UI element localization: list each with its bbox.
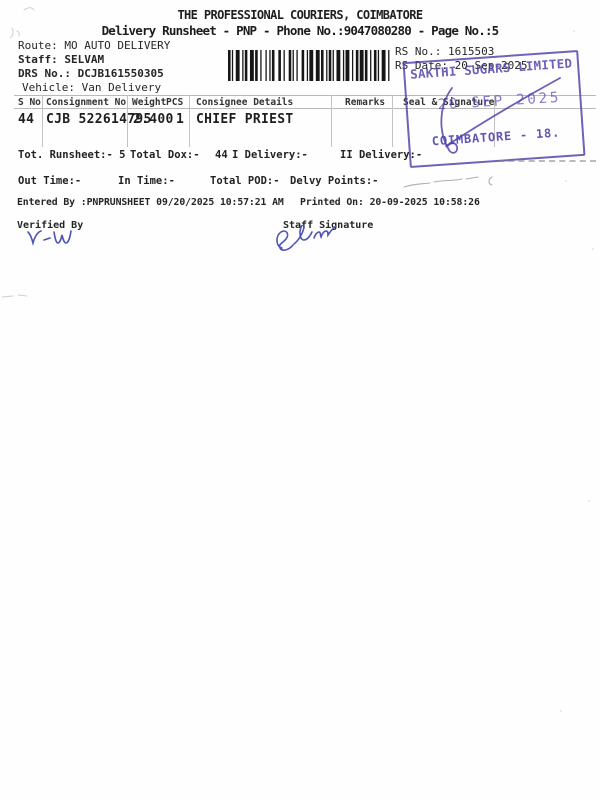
total-pod: Total POD:- xyxy=(210,176,280,188)
table-column-divider xyxy=(189,95,190,147)
scan-speck xyxy=(565,180,567,182)
out-time: Out Time:- xyxy=(18,176,81,188)
cell-weight: 2.400 xyxy=(133,113,174,127)
runsheet-subtitle: Delivery Runsheet - PNP - Phone No.:9047… xyxy=(102,24,499,38)
total-dox-label: Total Dox:- xyxy=(130,150,200,162)
verified-by-label: Verified By xyxy=(17,220,83,231)
col-header-weight: Weight xyxy=(132,98,166,108)
staff-field: Staff: SELVAM xyxy=(18,54,104,66)
barcode xyxy=(228,50,392,81)
scan-speck xyxy=(592,248,594,250)
col-header-consignee: Consignee Details xyxy=(196,98,293,108)
table-column-divider xyxy=(331,95,332,147)
stamp-city: COIMBATORE - 18. xyxy=(410,124,583,150)
company-title: THE PROFESSIONAL COURIERS, COIMBATORE xyxy=(177,9,422,22)
col-header-remarks: Remarks xyxy=(345,98,385,108)
col-header-sno: S No xyxy=(18,98,41,108)
col-header-pcs: PCS xyxy=(166,98,183,108)
table-column-divider xyxy=(42,95,43,147)
delivery-one: I Delivery:- xyxy=(232,150,308,162)
scan-speck xyxy=(588,500,590,502)
staff-signature-label: Staff Signature xyxy=(283,220,373,231)
runsheet-document: THE PROFESSIONAL COURIERS, COIMBATORE De… xyxy=(0,0,600,800)
in-time: In Time:- xyxy=(118,176,175,188)
total-runsheet: Tot. Runsheet:- 5 xyxy=(18,150,125,162)
total-dox-value: 44 xyxy=(215,150,228,162)
verified-signature xyxy=(28,231,71,243)
cell-consignee: CHIEF PRIEST xyxy=(196,113,294,127)
col-header-consignment: Consignment No xyxy=(46,98,126,108)
table-column-divider xyxy=(392,95,393,147)
rubber-stamp: SAKTHI SUGARS LIMITED 20 SEP 2025 COIMBA… xyxy=(403,50,586,168)
stamp-date: 20 SEP 2025 xyxy=(437,90,561,114)
cell-sno: 44 xyxy=(18,113,34,127)
drs-no-field: DRS No.: DCJB161550305 xyxy=(18,68,164,80)
cell-pcs: 1 xyxy=(176,113,184,127)
stamp-bottom-smudge-line xyxy=(498,160,596,162)
scan-speck xyxy=(573,30,575,32)
entered-by: Entered By :PNPRUNSHEET 09/20/2025 10:57… xyxy=(17,198,284,209)
vehicle-field: Vehicle: Van Delivery xyxy=(22,82,161,94)
delivery-points: Delvy Points:- xyxy=(290,176,379,188)
printed-on: Printed On: 20-09-2025 10:58:26 xyxy=(300,198,480,209)
gray-scribble xyxy=(404,177,492,187)
route-field: Route: MO AUTO DELIVERY xyxy=(18,40,170,52)
scan-speck xyxy=(560,710,562,712)
